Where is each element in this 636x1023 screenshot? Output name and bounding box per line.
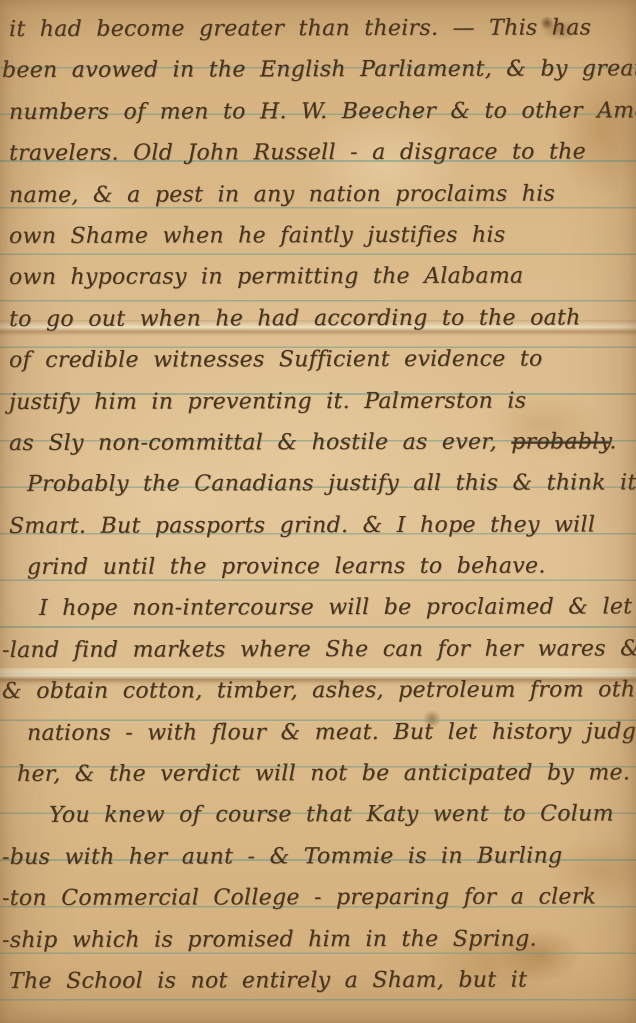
handwritten-line: her, & the verdict will not be anticipat… <box>0 752 636 795</box>
line-text: . <box>609 429 616 454</box>
handwritten-line: & obtain cotton, timber, ashes, petroleu… <box>0 669 636 712</box>
handwritten-line: -bus with her aunt - & Tommie is in Burl… <box>0 835 636 878</box>
handwritten-line: I hope non-intercourse will be proclaime… <box>0 587 636 630</box>
handwritten-line: -land find markets where She can for her… <box>0 628 636 671</box>
handwritten-line: travelers. Old John Russell - a disgrace… <box>0 131 636 174</box>
handwritten-line: own Shame when he faintly justifies his <box>0 214 636 257</box>
letter-text: it had become greater than theirs. — Thi… <box>0 0 636 1002</box>
handwritten-line: name, & a pest in any nation proclaims h… <box>0 173 636 216</box>
handwritten-line: as Sly non-committal & hostile as ever, … <box>0 421 636 464</box>
handwritten-line: it had become greater than theirs. — Thi… <box>0 7 636 50</box>
handwritten-line: justify him in preventing it. Palmerston… <box>0 380 636 423</box>
handwritten-line: to go out when he had according to the o… <box>0 297 636 340</box>
handwritten-line: been avowed in the English Parliament, &… <box>0 49 636 92</box>
handwritten-line: of credible witnesses Sufficient evidenc… <box>0 338 636 381</box>
handwritten-line: Probably the Canadians justify all this … <box>0 462 636 505</box>
line-text: as Sly non-committal & hostile as ever, <box>9 430 511 456</box>
handwritten-line: You knew of course that Katy went to Col… <box>0 794 636 837</box>
handwritten-line: numbers of men to H. W. Beecher & to oth… <box>0 90 636 133</box>
struck-word: probably <box>511 429 609 454</box>
handwritten-line: The School is not entirely a Sham, but i… <box>0 959 636 1002</box>
letter-page: it had become greater than theirs. — Thi… <box>0 0 636 1023</box>
handwritten-line: -ship which is promised him in the Sprin… <box>0 918 636 961</box>
handwritten-line: own hypocrasy in permitting the Alabama <box>0 255 636 298</box>
handwritten-line: grind until the province learns to behav… <box>0 545 636 588</box>
handwritten-line: Smart. But passports grind. & I hope the… <box>0 504 636 547</box>
handwritten-line: -ton Commercial College - preparing for … <box>0 876 636 919</box>
handwritten-line: nations - with flour & meat. But let his… <box>0 711 636 754</box>
